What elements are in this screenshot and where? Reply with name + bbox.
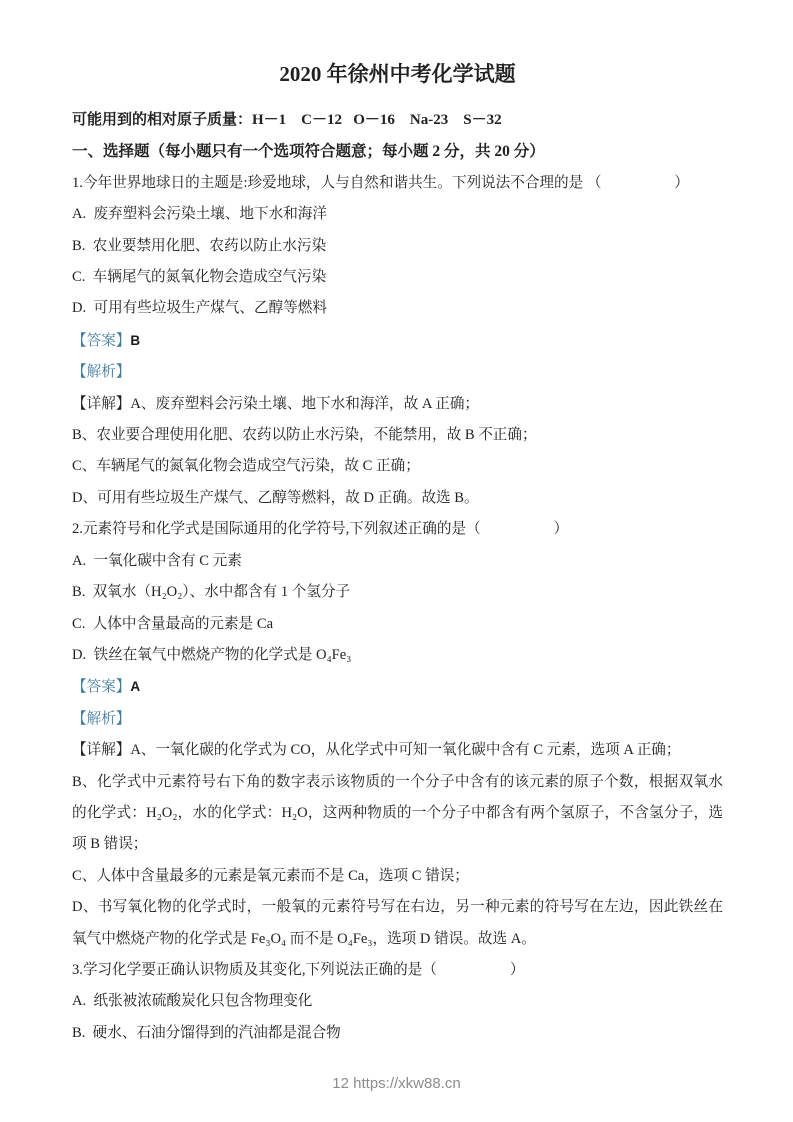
question-2-option-d: D. 铁丝在氧气中燃烧产物的化学式是 O₄Fe₃ [72, 640, 723, 671]
question-2-detail-d: D、书写氧化物的化学式时，一般氧的元素符号写在右边，另一种元素的符号写在左边，因… [72, 892, 723, 955]
question-1-option-c: C. 车辆尾气的氮氧化物会造成空气污染 [72, 262, 723, 293]
question-3-option-b: B. 硬水、石油分馏得到的汽油都是混合物 [72, 1018, 723, 1049]
document-content: 2020 年徐州中考化学试题 可能用到的相对原子质量：H－1 C－12 O－16… [0, 0, 793, 1049]
question-1-answer-line: 【答案】B [72, 325, 723, 357]
section-heading: 一、选择题（每小题只有一个选项符合题意；每小题 2 分，共 20 分） [72, 136, 723, 167]
page-title: 2020 年徐州中考化学试题 [72, 60, 723, 88]
question-1-detail-d: D、可用有些垃圾生产煤气、乙醇等燃料，故 D 正确。故选 B。 [72, 483, 723, 514]
question-1-option-a: A. 废弃塑料会污染土壤、地下水和海洋 [72, 199, 723, 230]
question-2-detail-b: B、化学式中元素符号右下角的数字表示该物质的一个分子中含有的该元素的原子个数，根… [72, 767, 723, 861]
question-3-option-a: A. 纸张被浓硫酸炭化只包含物理变化 [72, 986, 723, 1017]
question-1-detail-c: C、车辆尾气的氮氧化物会造成空气污染，故 C 正确； [72, 451, 723, 482]
question-2-answer-value: A [130, 679, 140, 694]
question-1-stem: 1.今年世界地球日的主题是:珍爱地球，人与自然和谐共生。下列说法不合理的是 （ … [72, 168, 723, 199]
question-2-option-b: B. 双氧水（H₂O₂）、水中都含有 1 个氢分子 [72, 577, 723, 608]
question-3-stem: 3.学习化学要正确认识物质及其变化,下列说法正确的是（ ） [72, 955, 723, 986]
answer-label: 【答案】 [72, 679, 130, 695]
question-2-option-a: A. 一氧化碳中含有 C 元素 [72, 546, 723, 577]
question-1-detail-b: B、农业要合理使用化肥、农药以防止水污染，不能禁用，故 B 不正确； [72, 420, 723, 451]
question-2-stem: 2.元素符号和化学式是国际通用的化学符号,下列叙述正确的是（ ） [72, 514, 723, 545]
atomic-mass-line: 可能用到的相对原子质量：H－1 C－12 O－16 Na-23 S－32 [72, 105, 723, 136]
question-1-analysis-label: 【解析】 [72, 357, 723, 388]
page-footer: 12 https://xkw88.cn [0, 1075, 793, 1092]
question-2-detail-c: C、人体中含量最多的元素是氧元素而不是 Ca，选项 C 错误； [72, 861, 723, 892]
document-page: 2020 年徐州中考化学试题 可能用到的相对原子质量：H－1 C－12 O－16… [0, 0, 793, 1122]
question-2-detail-a: 【详解】A、一氧化碳的化学式为 CO，从化学式中可知一氧化碳中含有 C 元素，选… [72, 735, 723, 766]
question-1-option-d: D. 可用有些垃圾生产煤气、乙醇等燃料 [72, 293, 723, 324]
question-1-option-b: B. 农业要禁用化肥、农药以防止水污染 [72, 231, 723, 262]
answer-label: 【答案】 [72, 333, 130, 349]
question-2-option-c: C. 人体中含量最高的元素是 Ca [72, 609, 723, 640]
question-1-detail-a: 【详解】A、废弃塑料会污染土壤、地下水和海洋，故 A 正确； [72, 389, 723, 420]
question-2-analysis-label: 【解析】 [72, 704, 723, 735]
question-1-answer-value: B [130, 333, 140, 348]
question-2-answer-line: 【答案】A [72, 671, 723, 703]
